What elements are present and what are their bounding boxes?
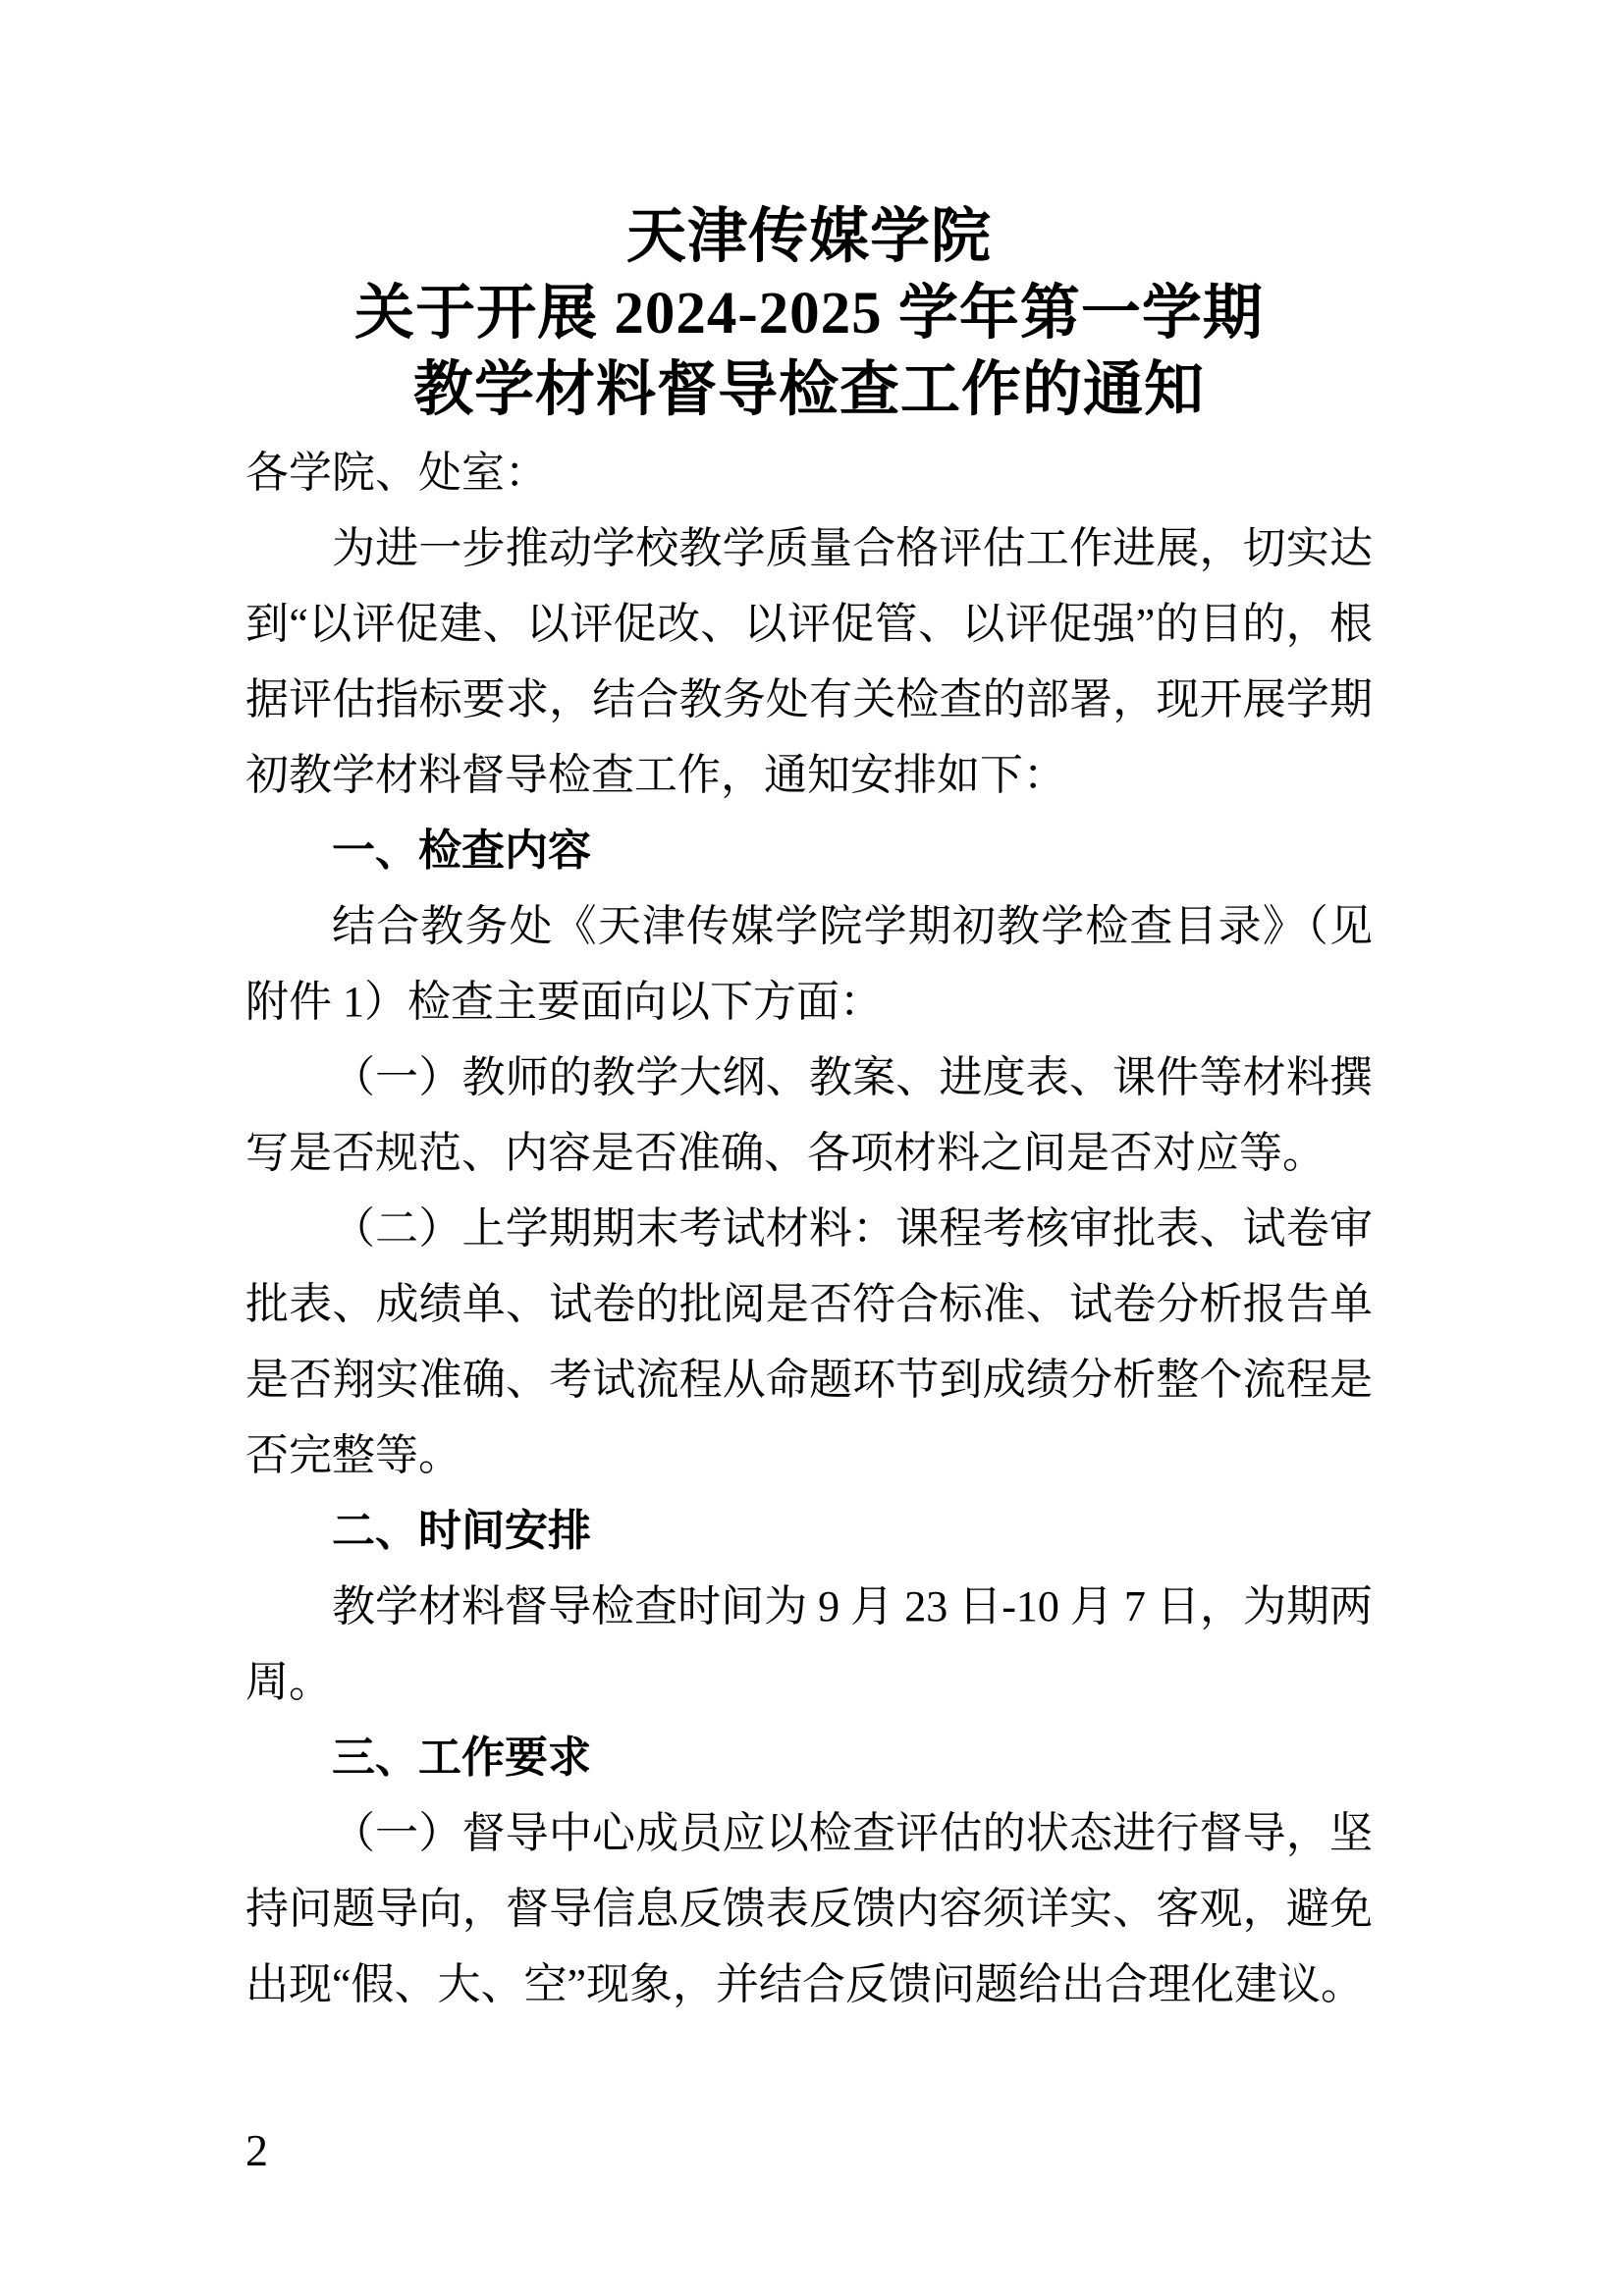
heading-check-content: 一、检查内容 [245,813,1373,888]
paragraph-intro: 为进一步推动学校教学质量合格评估工作进展，切实达到“以评促建、以评促改、以评促管… [245,510,1373,813]
document-page: 天津传媒学院 关于开展 2024-2025 学年第一学期 教学材料督导检查工作的… [0,0,1624,2296]
heading-time-arrangement: 二、时间安排 [245,1493,1373,1569]
paragraph-check-item-1: （一）教师的教学大纲、教案、进度表、课件等材料撰写是否规范、内容是否准确、各项材… [245,1040,1373,1191]
document-content: 天津传媒学院 关于开展 2024-2025 学年第一学期 教学材料督导检查工作的… [245,199,1373,2022]
title-line-institution: 天津传媒学院 [245,199,1373,276]
salutation: 各学院、处室： [245,435,1373,510]
heading-work-requirements: 三、工作要求 [245,1720,1373,1795]
paragraph-check-item-2: （二）上学期期末考试材料：课程考核审批表、试卷审批表、成绩单、试卷的批阅是否符合… [245,1191,1373,1493]
document-body: 各学院、处室： 为进一步推动学校教学质量合格评估工作进展，切实达到“以评促建、以… [245,435,1373,2022]
page-number: 2 [245,2126,268,2175]
title-line-semester: 关于开展 2024-2025 学年第一学期 [245,276,1373,352]
document-title: 天津传媒学院 关于开展 2024-2025 学年第一学期 教学材料督导检查工作的… [245,199,1373,429]
paragraph-requirement-1: （一）督导中心成员应以检查评估的状态进行督导，坚持问题导向，督导信息反馈表反馈内… [245,1795,1373,2022]
paragraph-time-range: 教学材料督导检查时间为 9 月 23 日-10 月 7 日，为期两周。 [245,1569,1373,1720]
paragraph-check-scope: 结合教务处《天津传媒学院学期初教学检查目录》（见附件 1）检查主要面向以下方面： [245,888,1373,1040]
title-line-subject: 教学材料督导检查工作的通知 [245,352,1373,429]
